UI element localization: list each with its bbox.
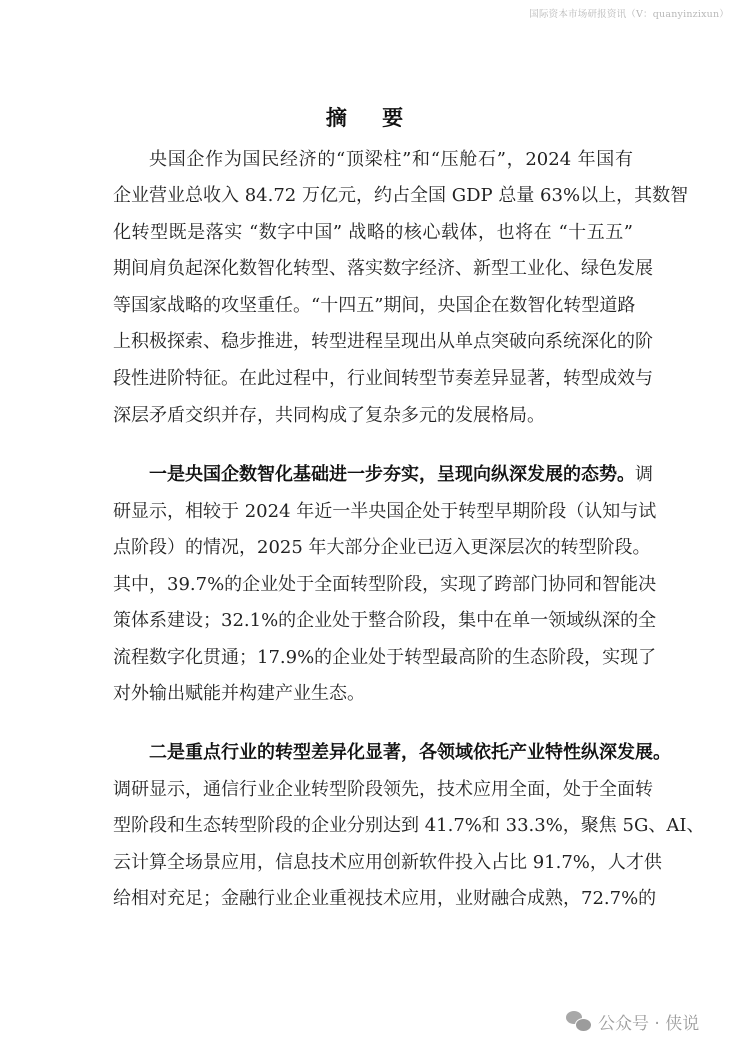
- text-line: 点阶段）的情况，2025 年大部分企业已迈入更深层次的转型阶段。: [113, 534, 633, 562]
- text-line: 企业营业总收入 84.72 万亿元，约占全国 GDP 总量 63%以上，其数智: [113, 182, 633, 210]
- text-line: 化转型既是落实 “数字中国” 战略的核心载体，也将在 “十五五”: [113, 219, 633, 247]
- text-line: 型阶段和生态转型阶段的企业分别达到 41.7%和 33.3%，聚焦 5G、AI、: [113, 812, 633, 840]
- text-line: 研显示，相较于 2024 年近一半央国企处于转型早期阶段（认知与试: [113, 498, 633, 526]
- paragraph-heading-bold: 一是央国企数智化基础进一步夯实，呈现向纵深发展的态势。: [149, 464, 635, 485]
- text-line: 期间肩负起深化数智化转型、落实数字经济、新型工业化、绿色发展: [113, 255, 633, 283]
- wechat-account-watermark: 公众号 · 侠说: [566, 1008, 699, 1034]
- text-line: 其中，39.7%的企业处于全面转型阶段，实现了跨部门协同和智能决: [113, 571, 633, 599]
- text-line: 策体系建设；32.1%的企业处于整合阶段，集中在单一领域纵深的全: [113, 607, 633, 635]
- wechat-icon: [566, 1010, 592, 1032]
- text-line: 云计算全场景应用，信息技术应用创新软件投入占比 91.7%，人才供: [113, 849, 633, 877]
- text-line: 对外输出赋能并构建产业生态。: [113, 680, 633, 708]
- text-line: 段性进阶特征。在此过程中，行业间转型节奏差异显著，转型成效与: [113, 365, 633, 393]
- paragraph-heading-tail: 调: [635, 464, 653, 485]
- text-line: 上积极探索、稳步推进，转型进程呈现出从单点突破向系统深化的阶: [113, 328, 633, 356]
- text-line: 深层矛盾交织并存，共同构成了复杂多元的发展格局。: [113, 402, 633, 430]
- page-title: 摘 要: [0, 102, 743, 132]
- text-line: 调研显示，通信行业企业转型阶段领先，技术应用全面，处于全面转: [113, 776, 633, 804]
- paragraph-heading-bold: 二是重点行业的转型差异化显著，各领域依托产业特性纵深发展。: [149, 739, 649, 767]
- text-line: 等国家战略的攻坚重任。“十四五”期间，央国企在数智化转型道路: [113, 292, 633, 320]
- watermark-top: 国际资本市场研报资讯（V：quanyinzixun）: [529, 6, 729, 20]
- wechat-account-label: 公众号 · 侠说: [598, 1009, 699, 1034]
- text-line: 央国企作为国民经济的“顶梁柱”和“压舱石”，2024 年国有: [149, 146, 633, 174]
- paragraph-heading-line: 一是央国企数智化基础进一步夯实，呈现向纵深发展的态势。调: [149, 461, 633, 489]
- text-line: 给相对充足；金融行业企业重视技术应用，业财融合成熟，72.7%的: [113, 885, 633, 913]
- text-line: 流程数字化贯通；17.9%的企业处于转型最高阶的生态阶段，实现了: [113, 644, 633, 672]
